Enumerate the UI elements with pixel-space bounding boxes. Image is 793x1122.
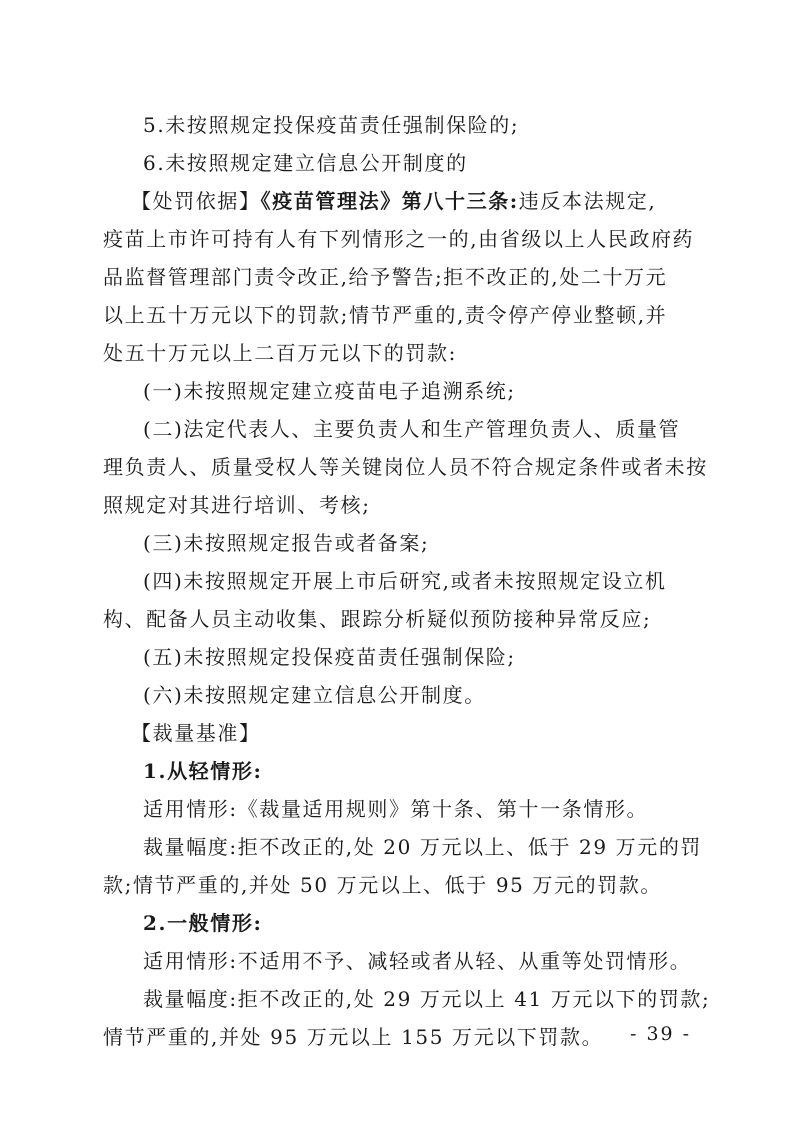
list-item: (六)未按照规定建立信息公开制度。 bbox=[143, 683, 693, 707]
text-line: 品监督管理部门责令改正,给予警告;拒不改正的,处二十万元 bbox=[103, 265, 693, 289]
text-line: 照规定对其进行培训、考核; bbox=[103, 493, 693, 517]
text-line: 6.未按照规定建立信息公开制度的 bbox=[143, 151, 693, 175]
text-line: 以上五十万元以下的罚款;情节严重的,责令停产停业整顿,并 bbox=[103, 303, 693, 327]
text-line: 适用情形:不适用不予、减轻或者从轻、从重等处罚情形。 bbox=[143, 949, 693, 973]
list-item: (四)未按照规定开展上市后研究,或者未按照规定设立机 bbox=[143, 569, 693, 593]
list-item: (一)未按照规定建立疫苗电子追溯系统; bbox=[143, 379, 693, 403]
list-item: (二)法定代表人、主要负责人和生产管理负责人、质量管 bbox=[143, 417, 693, 441]
text-line: 5.未按照规定投保疫苗责任强制保险的; bbox=[143, 113, 693, 137]
text-line: 处五十万元以上二百万元以下的罚款: bbox=[103, 341, 693, 365]
section-label: 【处罚依据】 bbox=[131, 189, 261, 213]
subsection-heading: 2.一般情形: bbox=[143, 911, 693, 935]
section-label: 【裁量基准】 bbox=[131, 721, 681, 745]
text-line: 款;情节严重的,并处 50 万元以上、低于 95 万元的罚款。 bbox=[103, 873, 693, 897]
text-line: 裁量幅度:拒不改正的,处 29 万元以上 41 万元以下的罚款; bbox=[143, 987, 693, 1011]
text-span: 违反本法规定, bbox=[519, 189, 657, 213]
subsection-heading: 1.从轻情形: bbox=[143, 759, 693, 783]
text-line: 疫苗上市许可持有人有下列情形之一的,由省级以上人民政府药 bbox=[103, 227, 693, 251]
list-item: (三)未按照规定报告或者备案; bbox=[143, 531, 693, 555]
text-line: 构、配备人员主动收集、跟踪分析疑似预防接种异常反应; bbox=[103, 607, 693, 631]
penalty-basis-line: 【处罚依据】《疫苗管理法》第八十三条:违反本法规定, bbox=[131, 189, 681, 213]
text-line: 情节严重的,并处 95 万元以上 155 万元以下罚款。 bbox=[103, 1025, 693, 1049]
list-item: (五)未按照规定投保疫苗责任强制保险; bbox=[143, 645, 693, 669]
text-line: 裁量幅度:拒不改正的,处 20 万元以上、低于 29 万元的罚 bbox=[143, 835, 693, 859]
page-number: - 39 - bbox=[630, 1023, 691, 1045]
text-line: 理负责人、质量受权人等关键岗位人员不符合规定条件或者未按 bbox=[103, 455, 693, 479]
law-citation: 《疫苗管理法》第八十三条: bbox=[261, 189, 519, 213]
text-line: 适用情形:《裁量适用规则》第十条、第十一条情形。 bbox=[143, 797, 693, 821]
